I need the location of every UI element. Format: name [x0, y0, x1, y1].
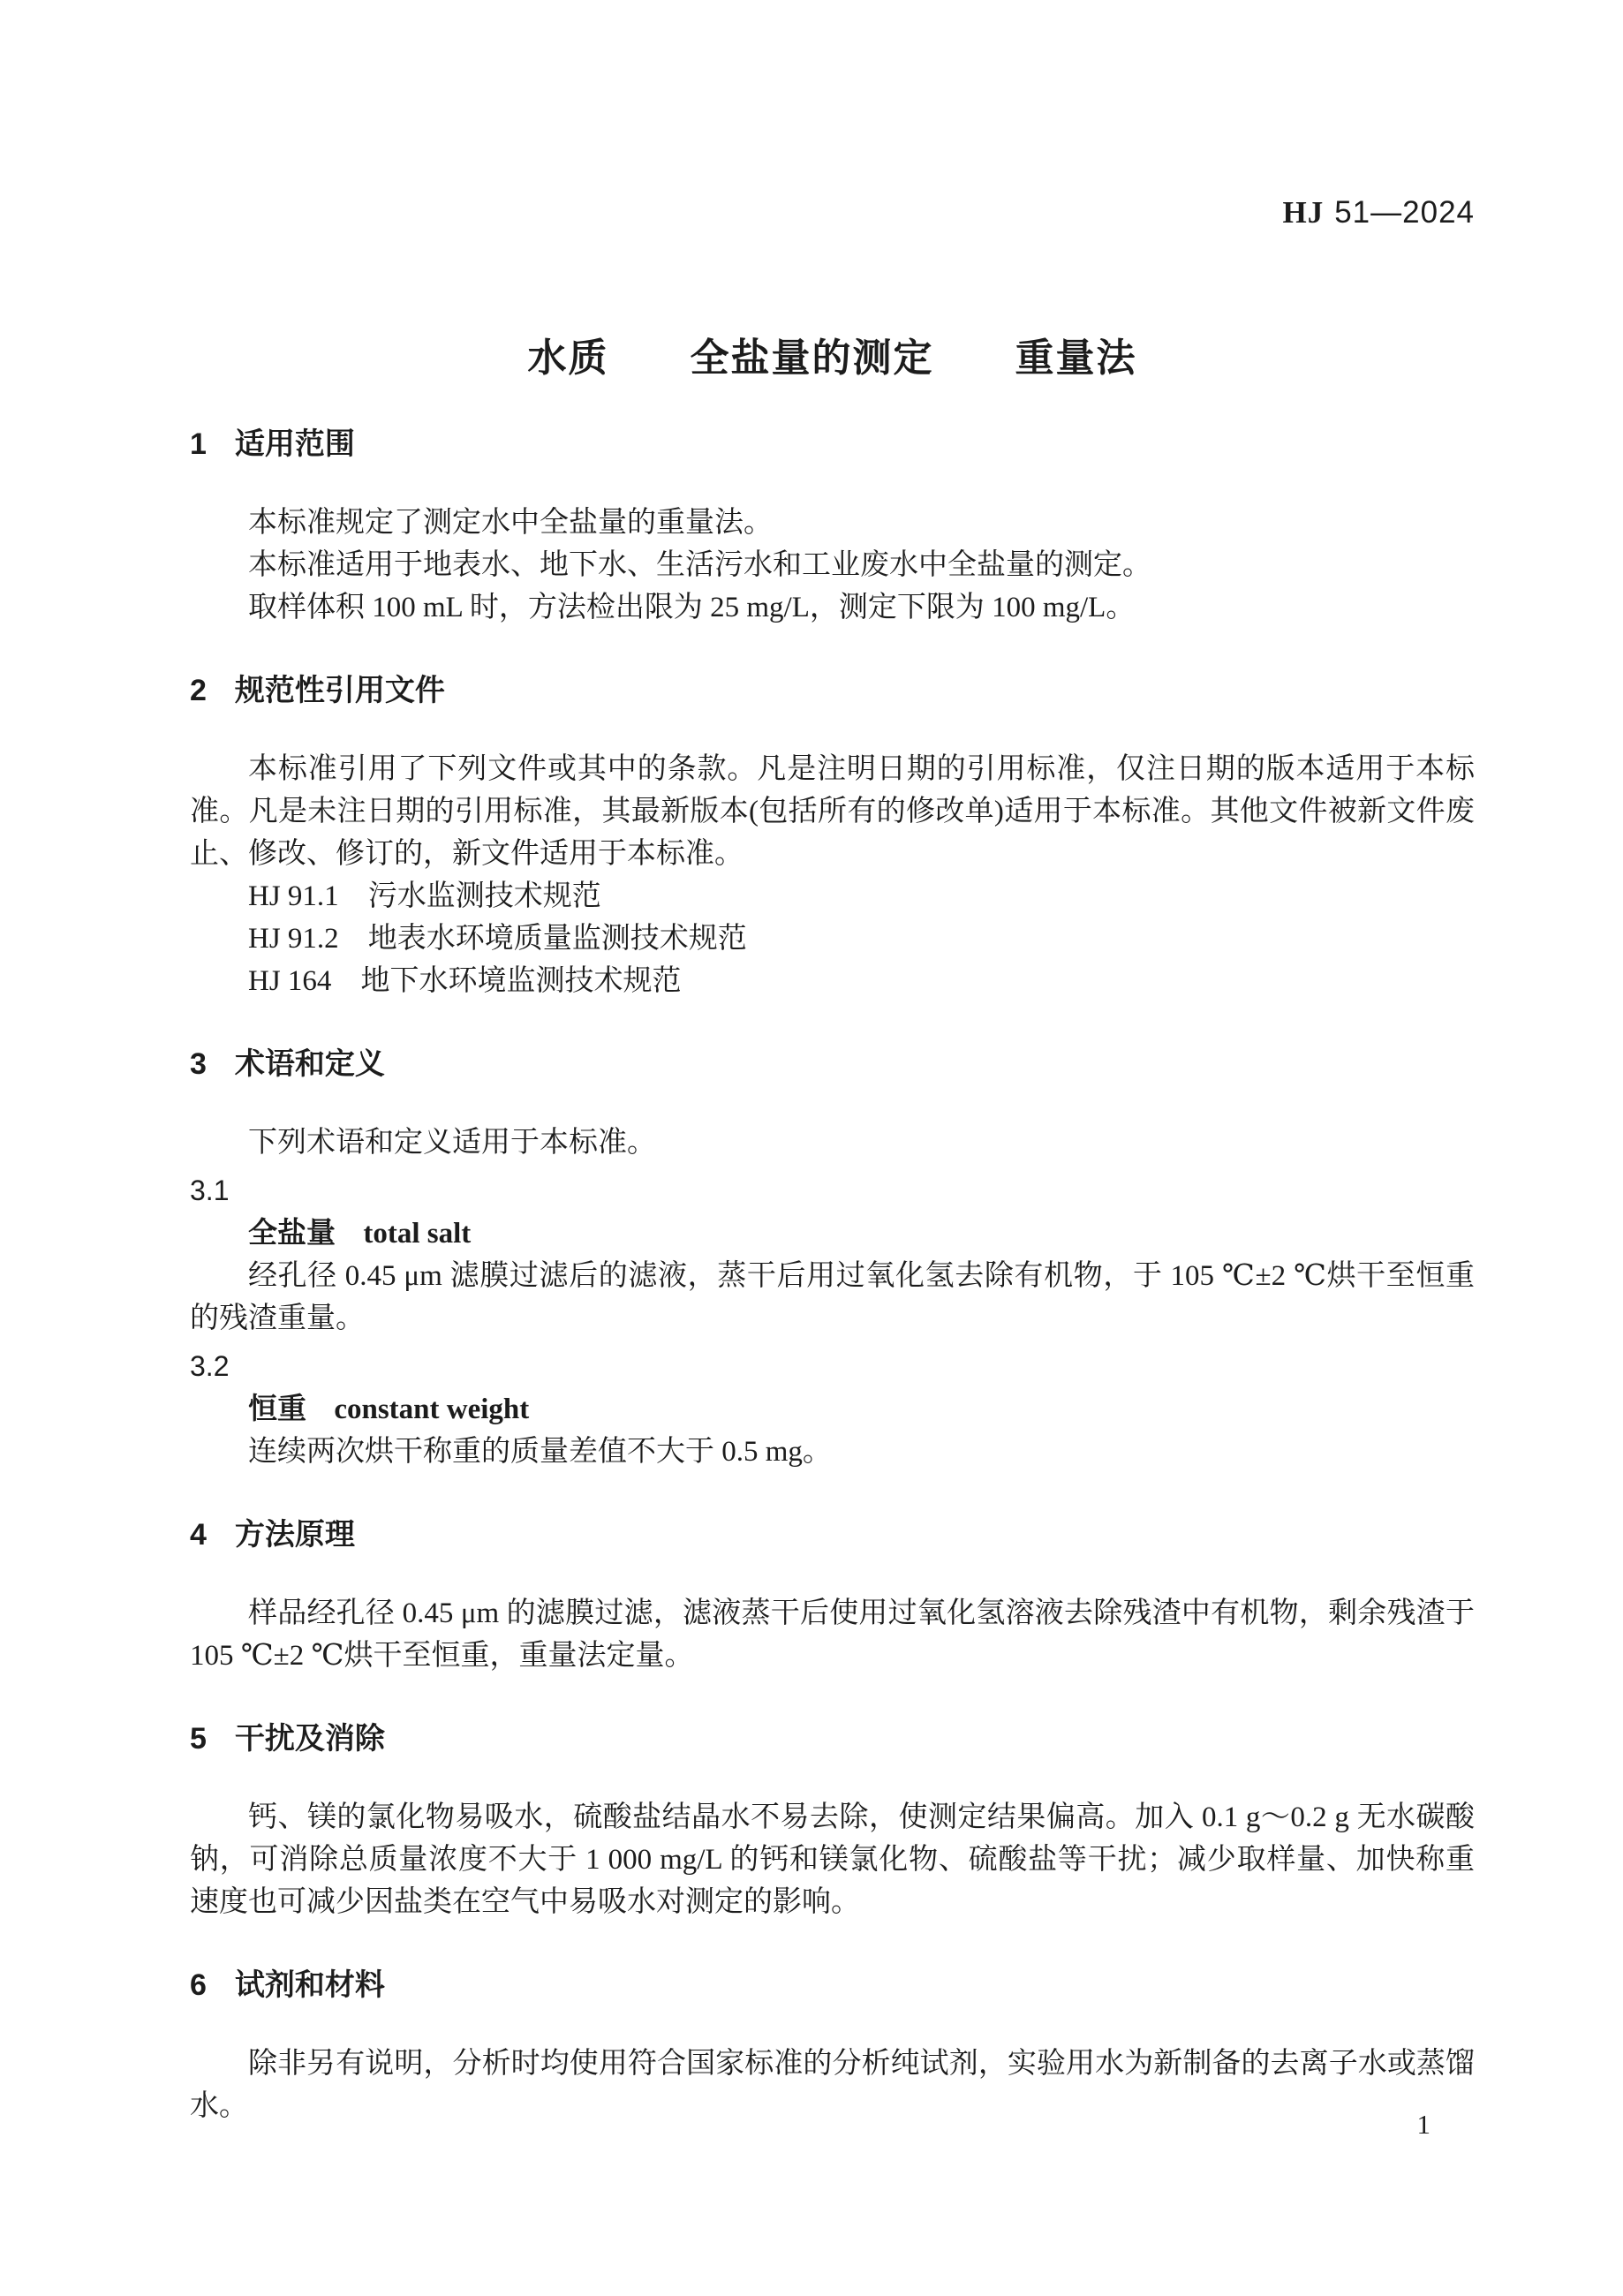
term-definition: 连续两次烘干称重的质量差值不大于 0.5 mg。	[190, 1431, 1475, 1473]
section-number: 3	[190, 1046, 207, 1082]
section-heading: 2规范性引用文件	[190, 673, 1475, 708]
reference-code: HJ 164	[248, 965, 331, 997]
section-heading: 3术语和定义	[190, 1046, 1475, 1082]
reference-name: 地下水环境监测技术规范	[360, 965, 681, 997]
paragraph: 下列术语和定义适用于本标准。	[190, 1122, 1475, 1164]
standard-code-number: 51—2024	[1334, 195, 1475, 230]
section-title: 干扰及消除	[235, 1722, 385, 1756]
paragraph: 本标准引用了下列文件或其中的条款。凡是注明日期的引用标准，仅注日期的版本适用于本…	[190, 748, 1475, 875]
section-number: 6	[190, 1967, 207, 2003]
section-title: 适用范围	[235, 427, 355, 461]
standard-code-prefix: HJ	[1282, 195, 1324, 230]
term-zh: 全盐量	[248, 1216, 336, 1249]
section-heading: 5干扰及消除	[190, 1721, 1475, 1756]
subsection-number: 3.1	[190, 1169, 1475, 1212]
term-heading: 全盐量total salt	[190, 1212, 1475, 1255]
paragraph: 取样体积 100 mL 时，方法检出限为 25 mg/L，测定下限为 100 m…	[190, 586, 1475, 629]
reference-item: HJ 164地下水环境监测技术规范	[190, 960, 1475, 1002]
term-en: constant weight	[334, 1393, 529, 1425]
section-heading: 1适用范围	[190, 427, 1475, 462]
section-number: 2	[190, 673, 207, 708]
section-normative-references: 2规范性引用文件 本标准引用了下列文件或其中的条款。凡是注明日期的引用标准，仅注…	[190, 673, 1475, 1002]
section-interference-elimination: 5干扰及消除 钙、镁的氯化物易吸水，硫酸盐结晶水不易去除，使测定结果偏高。加入 …	[190, 1721, 1475, 1923]
paragraph: 样品经孔径 0.45 μm 的滤膜过滤，滤液蒸干后使用过氧化氢溶液去除残渣中有机…	[190, 1592, 1475, 1677]
term-definition: 经孔径 0.45 μm 滤膜过滤后的滤液，蒸干后用过氧化氢去除有机物，于 105…	[190, 1255, 1475, 1340]
section-number: 1	[190, 427, 207, 462]
section-reagents-materials: 6试剂和材料 除非另有说明，分析时均使用符合国家标准的分析纯试剂，实验用水为新制…	[190, 1967, 1475, 2127]
section-title: 试剂和材料	[235, 1968, 385, 2002]
paragraph: 本标准规定了测定水中全盐量的重量法。	[190, 502, 1475, 544]
paragraph: 钙、镁的氯化物易吸水，硫酸盐结晶水不易去除，使测定结果偏高。加入 0.1 g～0…	[190, 1796, 1475, 1923]
page-content: HJ51—2024 水质 全盐量的测定 重量法 1适用范围 本标准规定了测定水中…	[0, 0, 1623, 2127]
term-zh: 恒重	[248, 1392, 306, 1424]
reference-name: 地表水环境质量监测技术规范	[368, 923, 747, 955]
reference-item: HJ 91.1污水监测技术规范	[190, 875, 1475, 918]
paragraph: 本标准适用于地表水、地下水、生活污水和工业废水中全盐量的测定。	[190, 544, 1475, 586]
document-page: HJ51—2024 水质 全盐量的测定 重量法 1适用范围 本标准规定了测定水中…	[0, 0, 1623, 2296]
reference-code: HJ 91.1	[248, 880, 339, 912]
reference-item: HJ 91.2地表水环境质量监测技术规范	[190, 918, 1475, 960]
page-number: 1	[1417, 2109, 1431, 2141]
reference-name: 污水监测技术规范	[368, 880, 601, 912]
term-en: total salt	[363, 1218, 471, 1250]
section-title: 术语和定义	[235, 1047, 385, 1081]
section-method-principle: 4方法原理 样品经孔径 0.45 μm 的滤膜过滤，滤液蒸干后使用过氧化氢溶液去…	[190, 1517, 1475, 1677]
term-heading: 恒重constant weight	[190, 1387, 1475, 1431]
section-number: 5	[190, 1721, 207, 1756]
section-scope: 1适用范围 本标准规定了测定水中全盐量的重量法。 本标准适用于地表水、地下水、生…	[190, 427, 1475, 629]
document-title: 水质 全盐量的测定 重量法	[190, 337, 1475, 380]
section-terms-definitions: 3术语和定义 下列术语和定义适用于本标准。 3.1 全盐量total salt …	[190, 1046, 1475, 1473]
reference-code: HJ 91.2	[248, 923, 339, 955]
section-heading: 4方法原理	[190, 1517, 1475, 1552]
section-number: 4	[190, 1517, 207, 1552]
section-heading: 6试剂和材料	[190, 1967, 1475, 2003]
subsection-number: 3.2	[190, 1345, 1475, 1387]
paragraph: 除非另有说明，分析时均使用符合国家标准的分析纯试剂，实验用水为新制备的去离子水或…	[190, 2043, 1475, 2127]
section-title: 规范性引用文件	[235, 674, 445, 707]
standard-code: HJ51—2024	[190, 0, 1475, 231]
section-title: 方法原理	[235, 1518, 355, 1552]
